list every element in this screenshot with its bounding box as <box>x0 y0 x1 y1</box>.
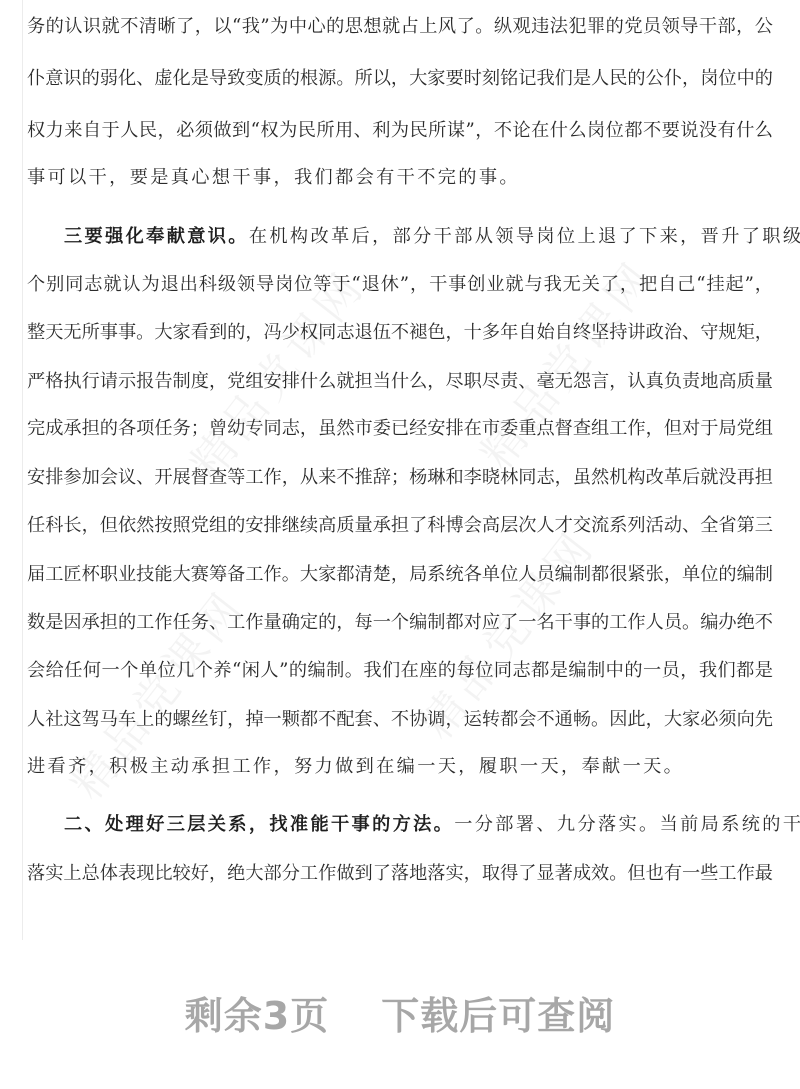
remaining-pages-banner[interactable]: 剩余3页下载后可查阅 <box>0 985 800 1040</box>
text-line-lead: 二、处理好三层关系，找准能干事的方法。一分部署、九分落实。当前局系统的干部在抓 <box>27 810 773 840</box>
page-margin-line <box>22 0 23 940</box>
text-line: 会给任何一个单位几个养“闲人”的编制。我们在座的每位同志都是编制中的一员，我们都… <box>27 656 773 686</box>
text-line: 完成承担的各项任务；曾幼专同志，虽然市委已经安排在市委重点督查组工作，但对于局党… <box>27 414 773 444</box>
text-line: 严格执行请示报告制度，党组安排什么就担当什么，尽职尽责、毫无怨言，认真负责地高质… <box>27 367 773 397</box>
text-line: 个别同志就认为退出科级领导岗位等于“退休”，干事创业就与我无关了，把自己“挂起”… <box>27 270 773 300</box>
text-line: 数是因承担的工作任务、工作量确定的，每一个编制都对应了一名干事的工作人员。编办绝… <box>27 608 773 638</box>
text-run: 一分部署、九分落实。当前局系统的干部在抓 <box>454 810 800 840</box>
text-line: 届工匠杯职业技能大赛筹备工作。大家都清楚，局系统各单位人员编制都很紧张，单位的编… <box>27 560 773 590</box>
text-line: 落实上总体表现比较好，绝大部分工作做到了落地落实，取得了显著成效。但也有一些工作… <box>27 859 773 889</box>
text-line: 仆意识的弱化、虚化是导致变质的根源。所以，大家要时刻铭记我们是人民的公仆，岗位中… <box>27 64 773 94</box>
text-line-lead: 三要强化奉献意识。在机构改革后，部分干部从领导岗位上退了下来，晋升了职级调研员， <box>27 222 773 252</box>
text-line: 整天无所事事。大家看到的，冯少权同志退伍不褪色，十多年自始自终坚持讲政治、守规矩… <box>27 318 773 348</box>
text-line: 事可以干，要是真心想干事，我们都会有干不完的事。 <box>27 163 773 193</box>
text-line: 安排参加会议、开展督查等工作，从来不推辞；杨琳和李晓林同志，虽然机构改革后就没再… <box>27 463 773 493</box>
remaining-pages-label: 剩余3页 <box>185 985 329 1040</box>
section-heading: 二、处理好三层关系，找准能干事的方法。 <box>64 810 454 840</box>
text-line: 任科长，但依然按照党组的安排继续高质量承担了科博会高层次人才交流系列活动、全省第… <box>27 511 773 541</box>
text-line: 进看齐，积极主动承担工作，努力做到在编一天，履职一天，奉献一天。 <box>27 752 773 782</box>
text-line: 人社这驾马车上的螺丝钉，掉一颗都不配套、不协调，运转都会不通畅。因此，大家必须向… <box>27 705 773 735</box>
text-run: 在机构改革后，部分干部从领导岗位上退了下来，晋升了职级调研员， <box>249 222 800 252</box>
document-page: 精品党课网 精品党课网 精品党课网 精品党课网 务的认识就不清晰了，以“我”为中… <box>0 0 800 1089</box>
section-heading: 三要强化奉献意识。 <box>64 222 249 252</box>
download-to-view-label: 下载后可查阅 <box>381 985 615 1040</box>
text-line: 权力来自于人民，必须做到“权为民所用、利为民所谋”，不论在什么岗位都不要说没有什… <box>27 116 773 146</box>
text-line: 务的认识就不清晰了，以“我”为中心的思想就占上风了。纵观违法犯罪的党员领导干部，… <box>27 12 773 42</box>
